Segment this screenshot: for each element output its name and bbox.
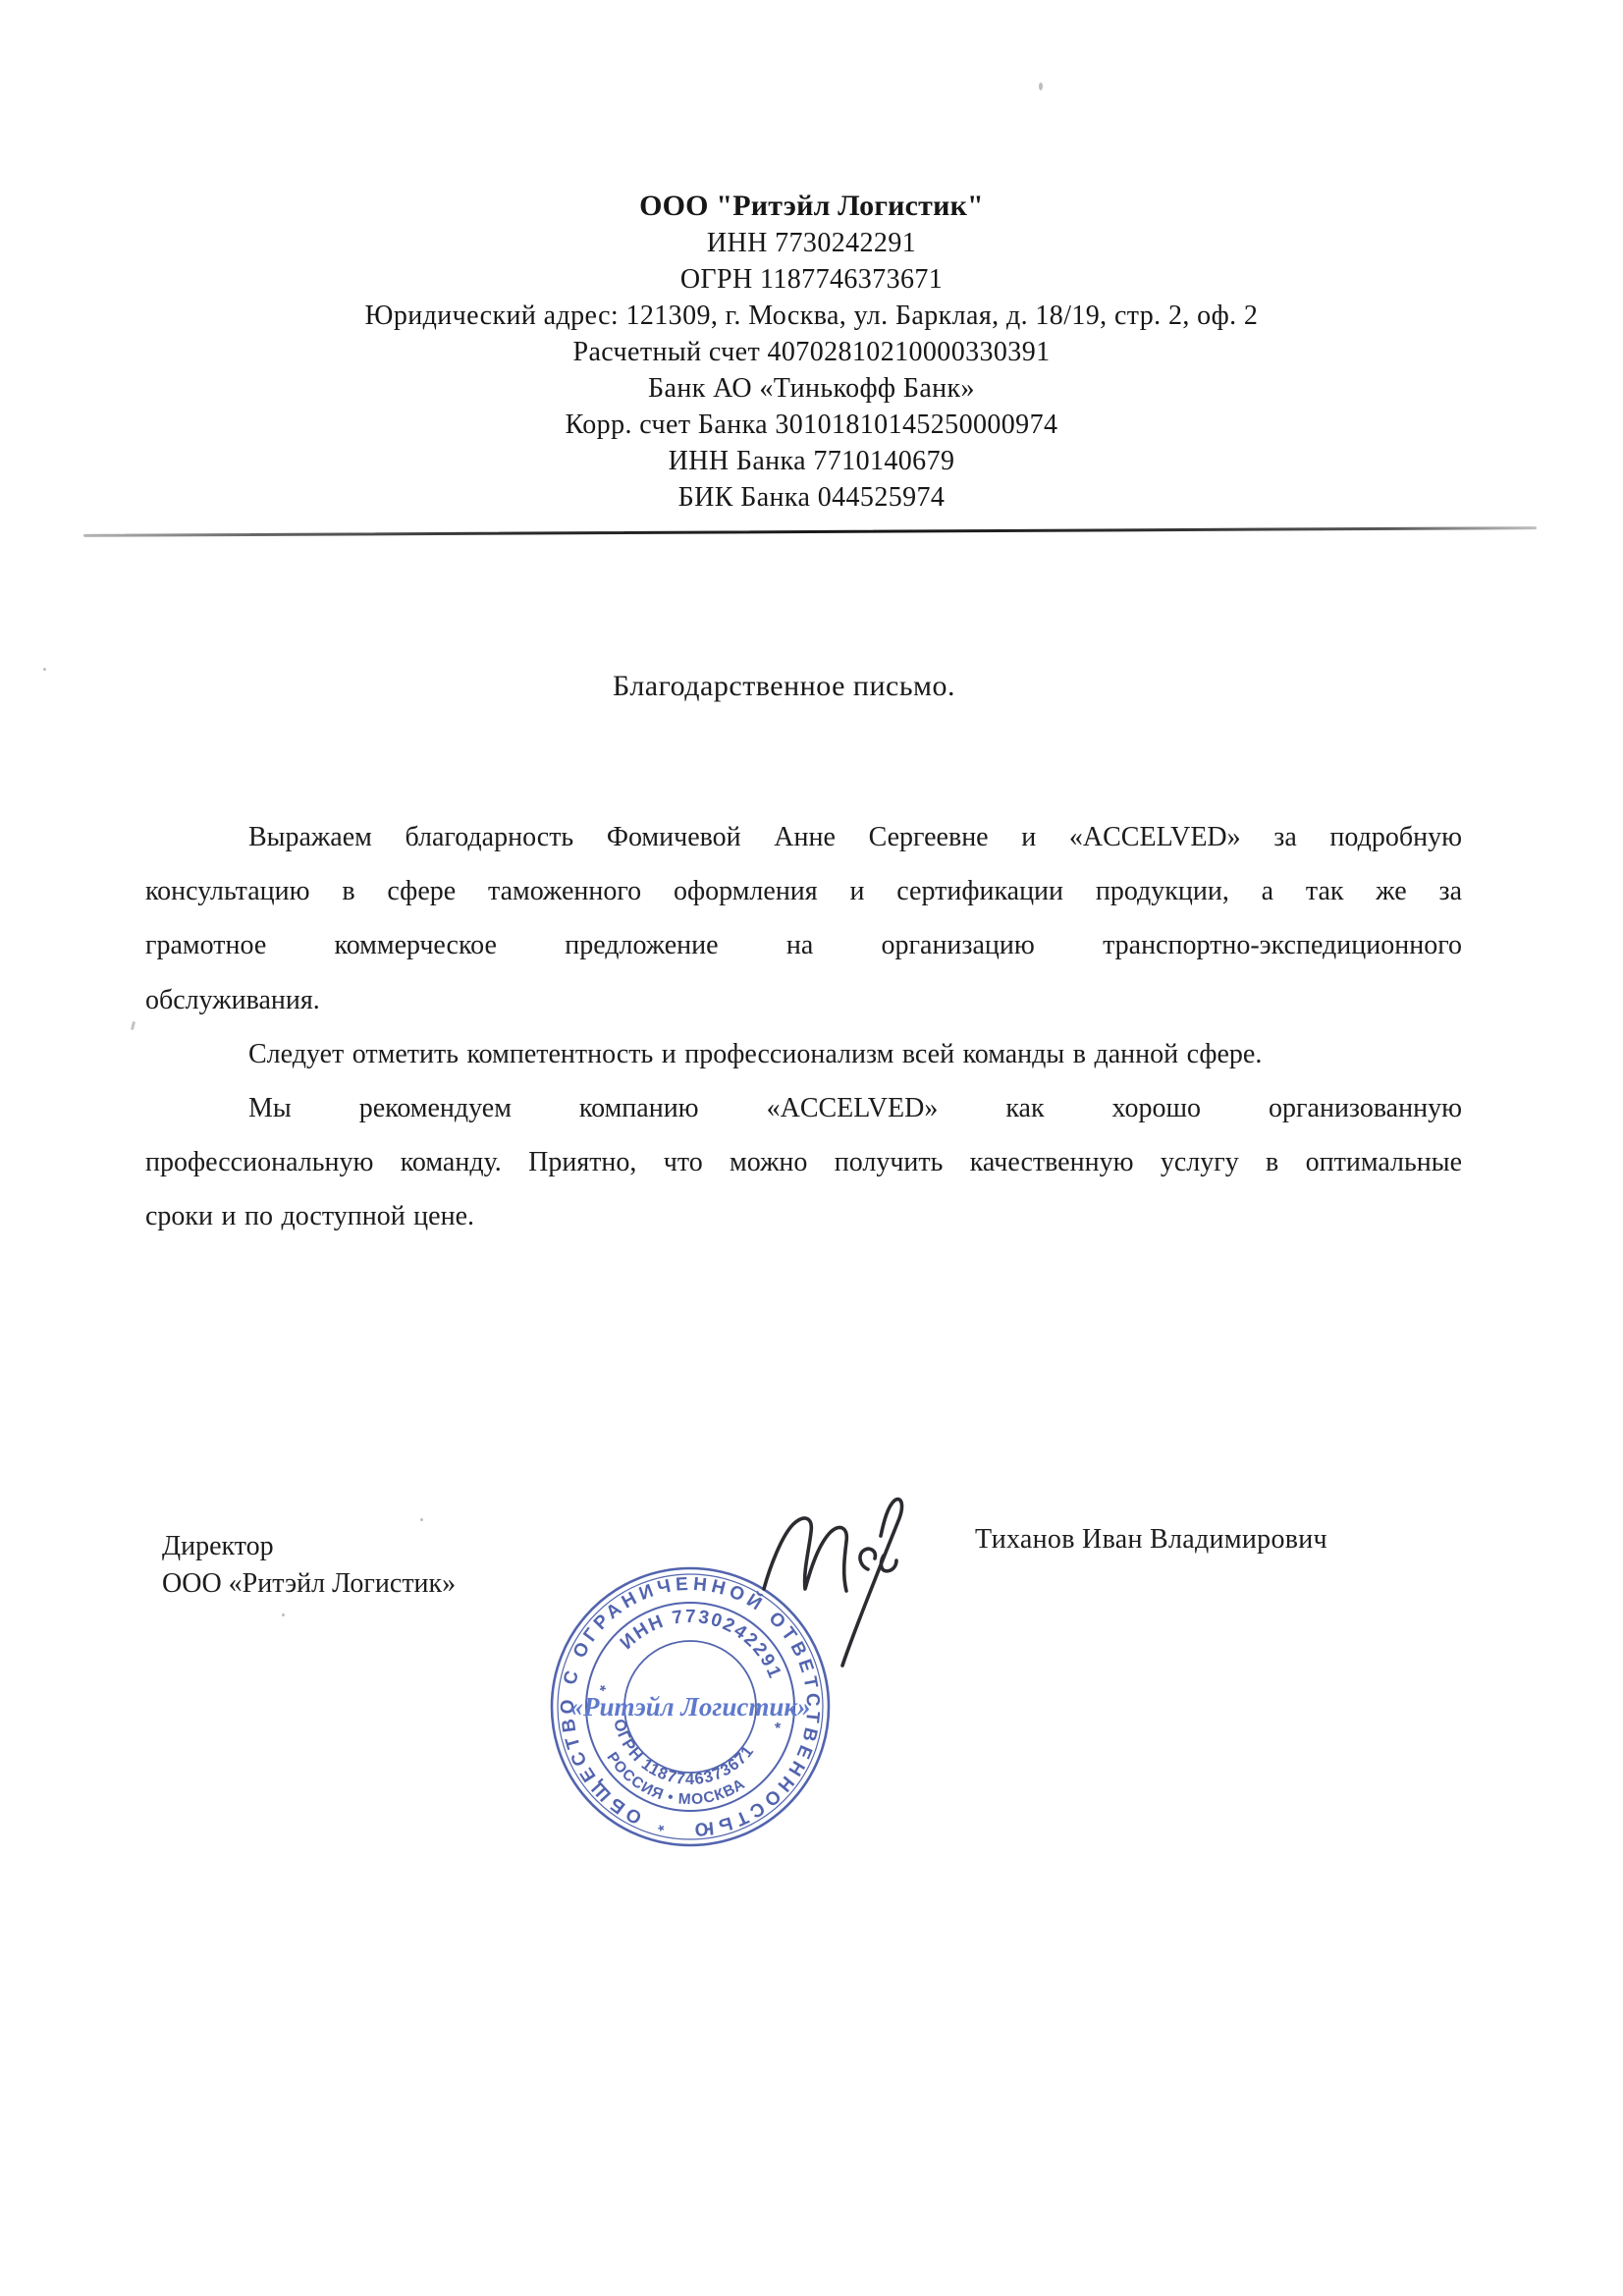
paragraph-line: сроки и по доступной цене. — [145, 1189, 1462, 1243]
signer-full-name: Тиханов Иван Владимирович — [975, 1524, 1327, 1556]
paragraph-line: грамотное коммерческое предложение на ор… — [145, 918, 1462, 972]
letterhead-legal-address: Юридический адрес: 121309, г. Москва, ул… — [0, 298, 1623, 334]
signature-stroke-c — [860, 1549, 875, 1569]
letterhead-inn: ИНН 7730242291 — [0, 225, 1623, 261]
stamp-right-asterisk: * — [772, 1721, 789, 1730]
scan-speck — [1039, 82, 1043, 90]
paragraph-line: Следует отметить компетентность и профес… — [145, 1027, 1462, 1081]
signer-company: ООО «Ритэйл Логистик» — [162, 1565, 456, 1603]
paragraph-line: консультацию в сфере таможенного оформле… — [145, 864, 1462, 918]
scan-speck — [420, 1518, 423, 1521]
divider-line — [83, 526, 1537, 537]
scan-speck — [131, 1021, 135, 1030]
scan-speck — [282, 1613, 285, 1616]
stamp-center-text: «Ритэйл Логистик» — [569, 1692, 810, 1722]
letterhead-settlement-account: Расчетный счет 40702810210000330391 — [0, 334, 1623, 370]
letter-title: Благодарственное письмо. — [0, 670, 1596, 703]
letterhead-bank-bik: БИК Банка 044525974 — [0, 479, 1623, 516]
letter-body: Выражаем благодарность Фомичевой Анне Се… — [145, 810, 1462, 1244]
letterhead-corr-account: Корр. счет Банка 30101810145250000974 — [0, 407, 1623, 443]
stamp-outer-separator: * — [656, 1816, 667, 1833]
signer-block: Директор ООО «Ритэйл Логистик» — [162, 1528, 456, 1603]
letterhead-company-name: ООО "Ритэйл Логистик" — [0, 187, 1623, 225]
signature-stroke-slash — [842, 1500, 901, 1666]
letterhead-bank: Банк АО «Тинькофф Банк» — [0, 370, 1623, 407]
scanned-letter-page: ООО "Ритэйл Логистик" ИНН 7730242291 ОГР… — [0, 0, 1623, 2296]
letterhead-bank-inn: ИНН Банка 7710140679 — [0, 443, 1623, 479]
letterhead: ООО "Ритэйл Логистик" ИНН 7730242291 ОГР… — [0, 187, 1623, 516]
paragraph-line: профессиональную команду. Приятно, что м… — [145, 1135, 1462, 1189]
signature-stroke-humps — [764, 1518, 846, 1591]
paragraph-line: обслуживания. — [145, 973, 1462, 1027]
paragraph-line: Мы рекомендуем компанию «ACCELVED» как х… — [145, 1081, 1462, 1135]
scan-speck — [43, 668, 46, 671]
handwritten-signature — [756, 1485, 943, 1676]
paragraph-line: Выражаем благодарность Фомичевой Анне Се… — [145, 810, 1462, 864]
letterhead-ogrn: ОГРН 1187746373671 — [0, 261, 1623, 298]
signer-position: Директор — [162, 1528, 456, 1565]
